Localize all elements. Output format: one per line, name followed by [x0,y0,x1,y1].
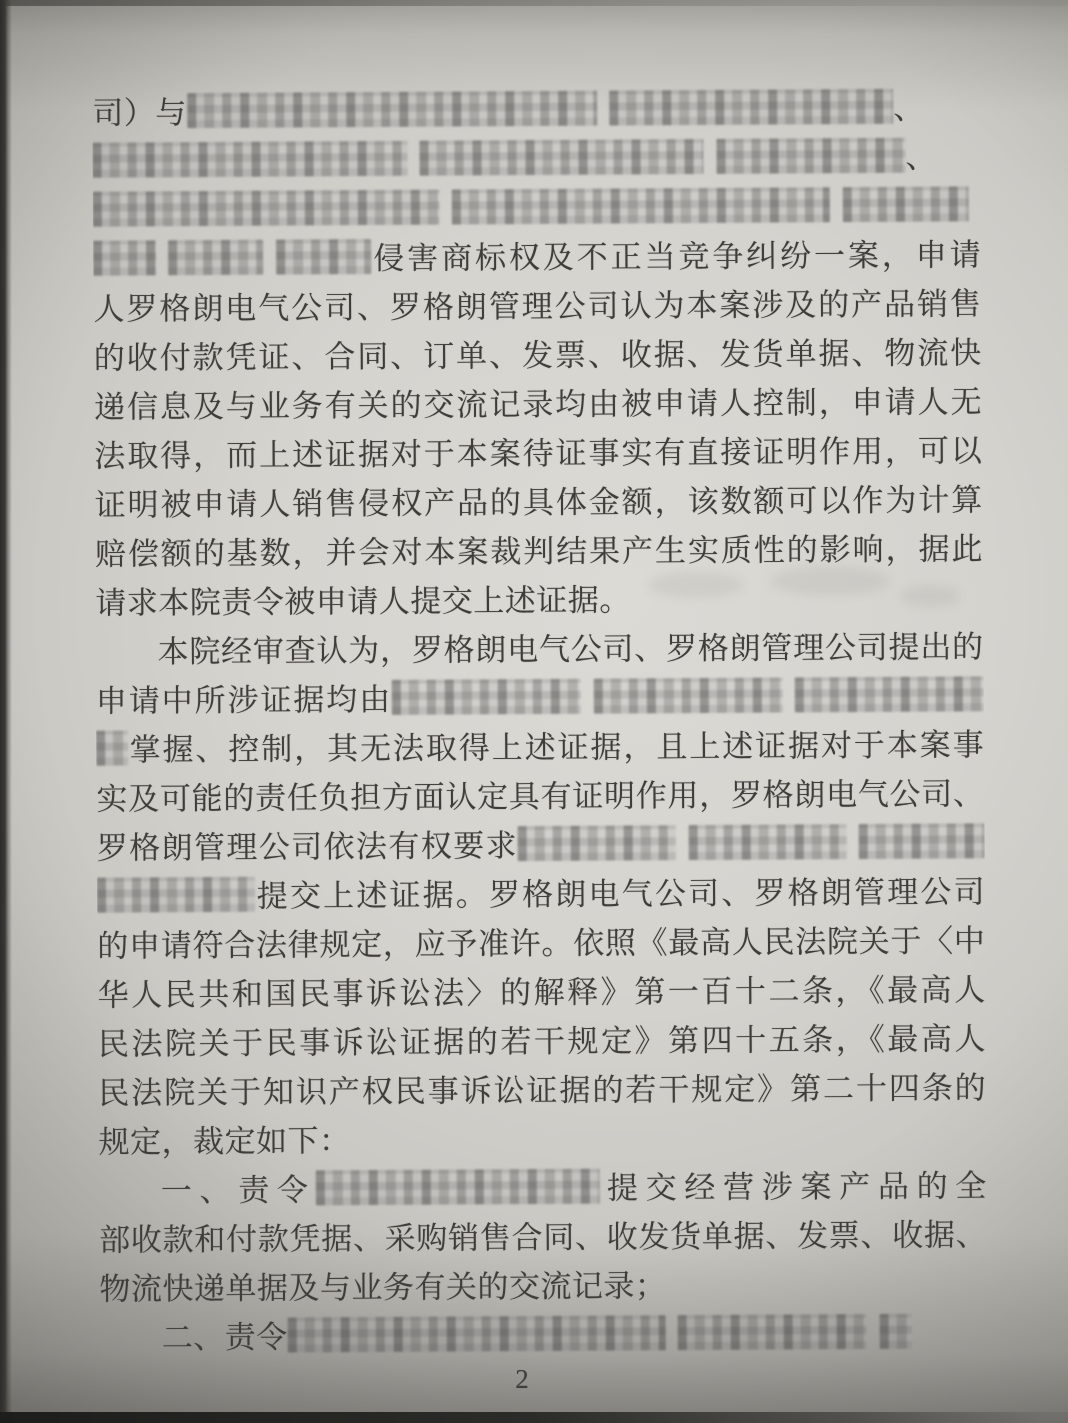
redacted-text-block [452,187,830,224]
photo-edge-left [0,0,12,1423]
redacted-text-block [187,91,597,128]
redacted-text-block [859,824,985,859]
text-line: 证明被申请人销售侵权产品的具体金额，该数额可以作为计算 [95,475,983,529]
line-text: 实及可能的责任负担方面认定具有证明作用，罗格朗电气公司、 [96,776,984,816]
line-text: 证明被申请人销售侵权产品的具体金额，该数额可以作为计算 [95,482,983,522]
line-text: 华人民共和国民事诉讼法〉的解释》第一百十二条，《最高人 [98,972,986,1012]
redacted-text-block [168,240,263,275]
text-line: 一、责令提交经营涉案产品的全 [99,1161,987,1215]
redacted-text-block [795,677,984,713]
line-text: 民法院关于知识产权民事诉讼证据的若干规定》第二十四条的 [98,1070,986,1110]
text-line: 华人民共和国民事诉讼法〉的解释》第一百十二条，《最高人 [98,965,986,1019]
redacted-text-block [688,824,846,860]
line-text: 赔偿额的基数，并会对本案裁判结果产生实质性的影响，据此 [95,531,983,571]
line-text: 本院经审查认为，罗格朗电气公司、罗格朗管理公司提出的 [157,629,983,669]
ink-smudge [648,572,743,598]
line-text: 部收款和付款凭据、采购销售合同、收发货单据、发票、收据、 [99,1217,987,1257]
line-text: 掌握、控制，其无法取得上述证据，且上述证据对于本案事 [128,727,984,767]
ink-smudge [770,566,890,596]
line-text: 的收付款凭证、合同、订单、发票、收据、发货单据、物流快 [94,335,982,375]
redacted-text-block [420,139,704,175]
text-line: 规定，裁定如下： [98,1112,986,1166]
text-line: 民法院关于知识产权民事诉讼证据的若干规定》第二十四条的 [98,1063,986,1117]
ink-smudge [900,585,960,607]
text-line: 掌握、控制，其无法取得上述证据，且上述证据对于本案事 [96,720,984,774]
line-text: 规定，裁定如下： [98,1123,350,1160]
line-text: 请求本院责令被申请人提交上述证据。 [95,582,631,620]
text-line: 罗格朗管理公司依法有权要求 [97,818,985,872]
redacted-text-block [92,141,407,178]
line-text: 提交上述证据。罗格朗电气公司、罗格朗管理公司 [255,874,985,913]
redacted-text-block [96,731,128,766]
photo-edge-bottom [0,1412,1068,1423]
text-line: 实及可能的责任负担方面认定具有证明作用，罗格朗电气公司、 [96,769,984,823]
line-text: 申请中所涉证据均由 [96,682,392,719]
redacted-text-block [276,239,371,274]
redacted-text-block [97,877,255,913]
redacted-text-block [879,1314,911,1349]
redacted-text-block [518,825,676,861]
text-line: 法取得，而上述证据对于本案待证事实有直接证明作用，可以 [94,426,982,480]
document-photo: 司）与、、侵害商标权及不正当竞争纠纷一案，申请人罗格朗电气公司、罗格朗管理公司认… [0,0,1068,1423]
redacted-text-block [678,1314,867,1350]
text-line: 本院经审查认为，罗格朗电气公司、罗格朗管理公司提出的 [95,622,983,676]
line-text: 递信息及与业务有关的交流记录均由被申请人控制，申请人无 [94,384,982,424]
line-text: 的申请符合法律规定，应予准许。依照《最高人民法院关于〈中 [97,923,985,963]
line-text: 司）与 [92,95,187,131]
redacted-text-block [609,89,893,125]
document-lines: 司）与、、侵害商标权及不正当竞争纠纷一案，申请人罗格朗电气公司、罗格朗管理公司认… [92,83,988,1362]
line-text: 法取得，而上述证据对于本案待证事实有直接证明作用，可以 [94,433,982,473]
line-text: 侵害商标权及不正当竞争纠纷一案，申请 [371,237,981,276]
text-line: 司）与、 [92,83,980,137]
redacted-text-block [392,679,581,715]
line-text: 人罗格朗电气公司、罗格朗管理公司认为本案涉及的产品销售 [93,286,981,326]
line-text: 提交经营涉案产品的全 [600,1168,987,1205]
text-line: 递信息及与业务有关的交流记录均由被申请人控制，申请人无 [94,377,982,431]
line-text: 、 [905,140,937,175]
redacted-text-block [593,678,782,714]
text-line: 提交上述证据。罗格朗电气公司、罗格朗管理公司 [97,867,985,921]
line-text: 罗格朗管理公司依法有权要求 [97,828,518,866]
page-number: 2 [0,1364,1044,1395]
redacted-text-block [316,1169,600,1205]
line-text: 物流快递单据及与业务有关的交流记录； [99,1268,666,1306]
text-line: 民法院关于民事诉讼证据的若干规定》第四十五条，《最高人 [98,1014,986,1068]
text-line: 物流快递单据及与业务有关的交流记录； [99,1259,987,1313]
redacted-text-block [843,187,969,222]
photo-edge-top [0,0,1068,6]
text-line: 侵害商标权及不正当竞争纠纷一案，申请 [93,230,981,284]
text-line: 的申请符合法律规定，应予准许。依照《最高人民法院关于〈中 [97,916,985,970]
line-text: 、 [893,91,925,126]
redacted-text-block [93,190,440,227]
redacted-text-block [288,1315,666,1352]
text-line: 二、责令 [100,1308,988,1362]
text-line [93,181,981,235]
text-line: 、 [92,132,980,186]
redacted-text-block [716,138,905,174]
text-line: 部收款和付款凭据、采购销售合同、收发货单据、发票、收据、 [99,1210,987,1264]
line-text: 二、责令 [162,1320,288,1356]
redacted-text-block [93,241,156,276]
text-line: 的收付款凭证、合同、订单、发票、收据、发货单据、物流快 [94,328,982,382]
line-text: 民法院关于民事诉讼证据的若干规定》第四十五条，《最高人 [98,1021,986,1061]
text-line: 人罗格朗电气公司、罗格朗管理公司认为本案涉及的产品销售 [93,279,981,333]
text-line: 申请中所涉证据均由 [96,671,984,725]
line-text: 一、责令 [161,1172,316,1208]
